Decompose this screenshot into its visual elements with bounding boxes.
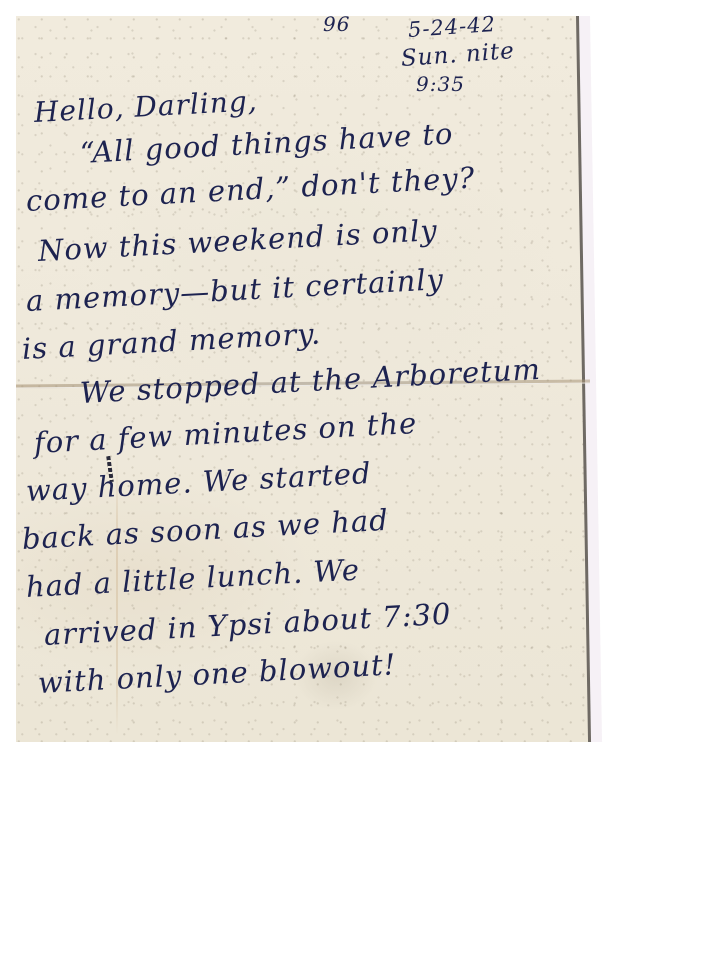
letter-page-scan: 96 5-24-42 Sun. nite 9:35 Hello, Darling…: [16, 16, 590, 742]
letter-time: 9:35: [416, 72, 465, 96]
page-number: 96: [323, 12, 350, 36]
